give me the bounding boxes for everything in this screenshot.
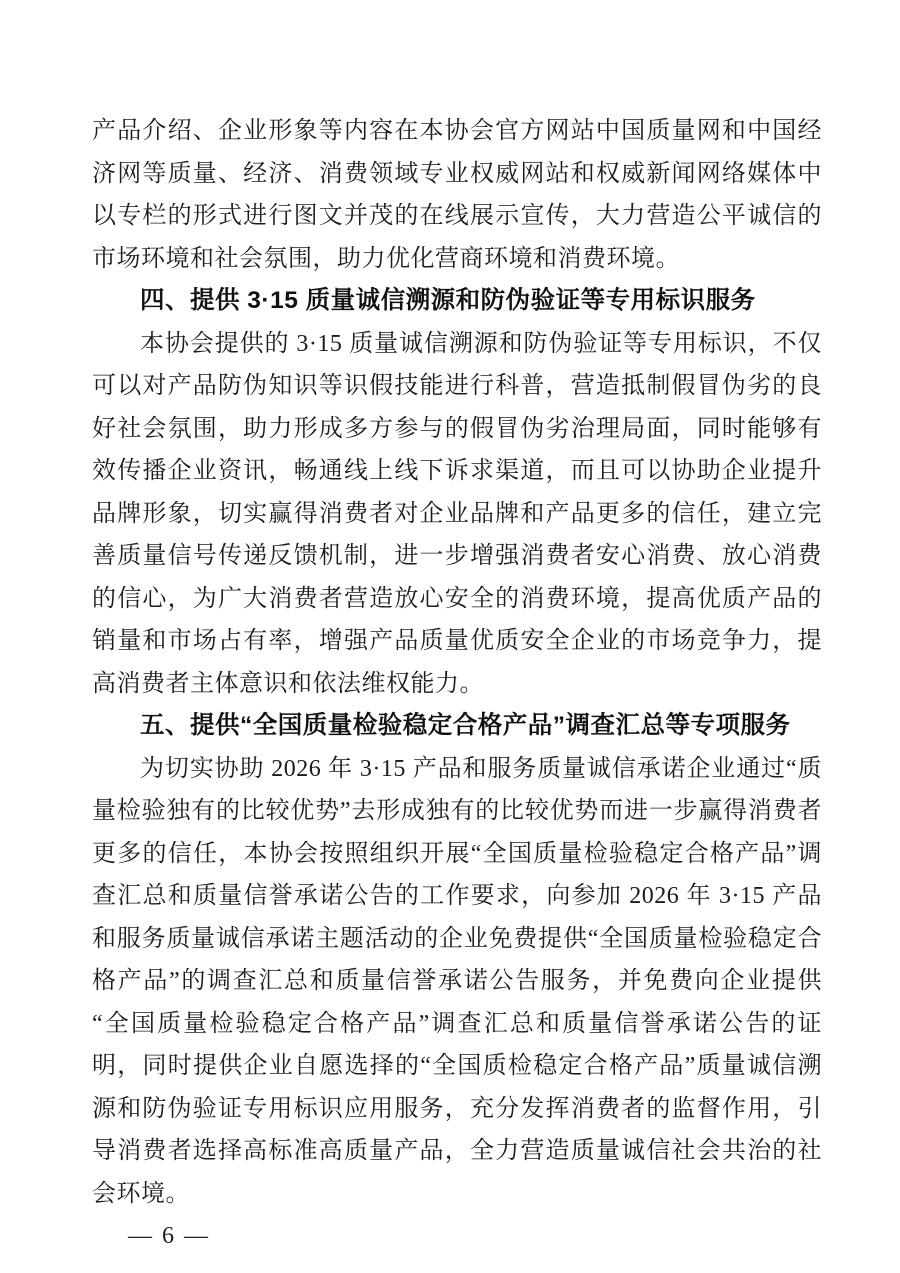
document-content: 产品介绍、企业形象等内容在本协会官方网站中国质量网和中国经济网等质量、经济、消费… (92, 110, 822, 1258)
section-heading-5: 五、提供“全国质量检验稳定合格产品”调查汇总等专项服务 (92, 705, 822, 748)
section-5-paragraph: 为切实协助 2026 年 3·15 产品和服务质量诚信承诺企业通过“质量检验独有… (92, 748, 822, 1216)
paragraph-continued-from-previous-page: 产品介绍、企业形象等内容在本协会官方网站中国质量网和中国经济网等质量、经济、消费… (92, 110, 822, 280)
page-number: — 6 — (92, 1215, 822, 1258)
section-heading-4: 四、提供 3·15 质量诚信溯源和防伪验证等专用标识服务 (92, 280, 822, 323)
document-page: 产品介绍、企业形象等内容在本协会官方网站中国质量网和中国经济网等质量、经济、消费… (0, 0, 900, 1273)
section-4-paragraph: 本协会提供的 3·15 质量诚信溯源和防伪验证等专用标识，不仅可以对产品防伪知识… (92, 323, 822, 706)
